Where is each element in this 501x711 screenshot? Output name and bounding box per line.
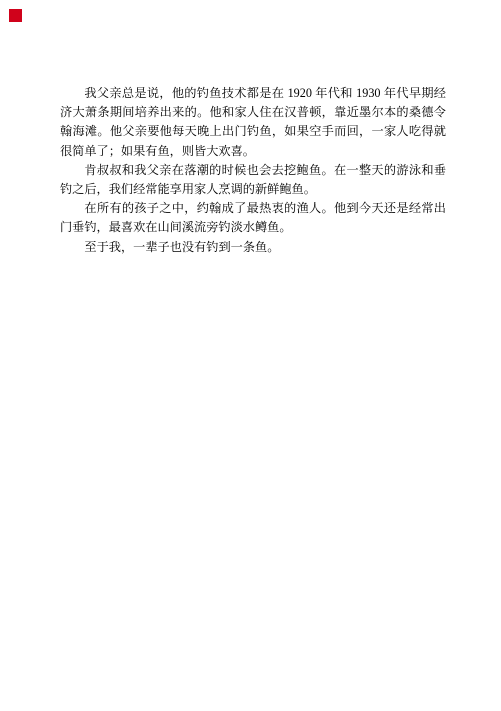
paragraph: 在所有的孩子之中，约翰成了最热衷的渔人。他到今天还是经常出门垂钓，最喜欢在山间溪… [60,199,446,237]
paragraph: 我父亲总是说，他的钓鱼技术都是在 1920 年代和 1930 年代早期经济大萧条… [60,84,446,161]
paragraph: 至于我，一辈子也没有钓到一条鱼。 [60,238,446,257]
red-square-marker-icon [9,9,22,22]
document-body: 我父亲总是说，他的钓鱼技术都是在 1920 年代和 1930 年代早期经济大萧条… [60,84,446,257]
document-page: 我父亲总是说，他的钓鱼技术都是在 1920 年代和 1930 年代早期经济大萧条… [0,0,501,711]
paragraph: 肯叔叔和我父亲在落潮的时候也会去挖鲍鱼。在一整天的游泳和垂钓之后，我们经常能享用… [60,161,446,199]
